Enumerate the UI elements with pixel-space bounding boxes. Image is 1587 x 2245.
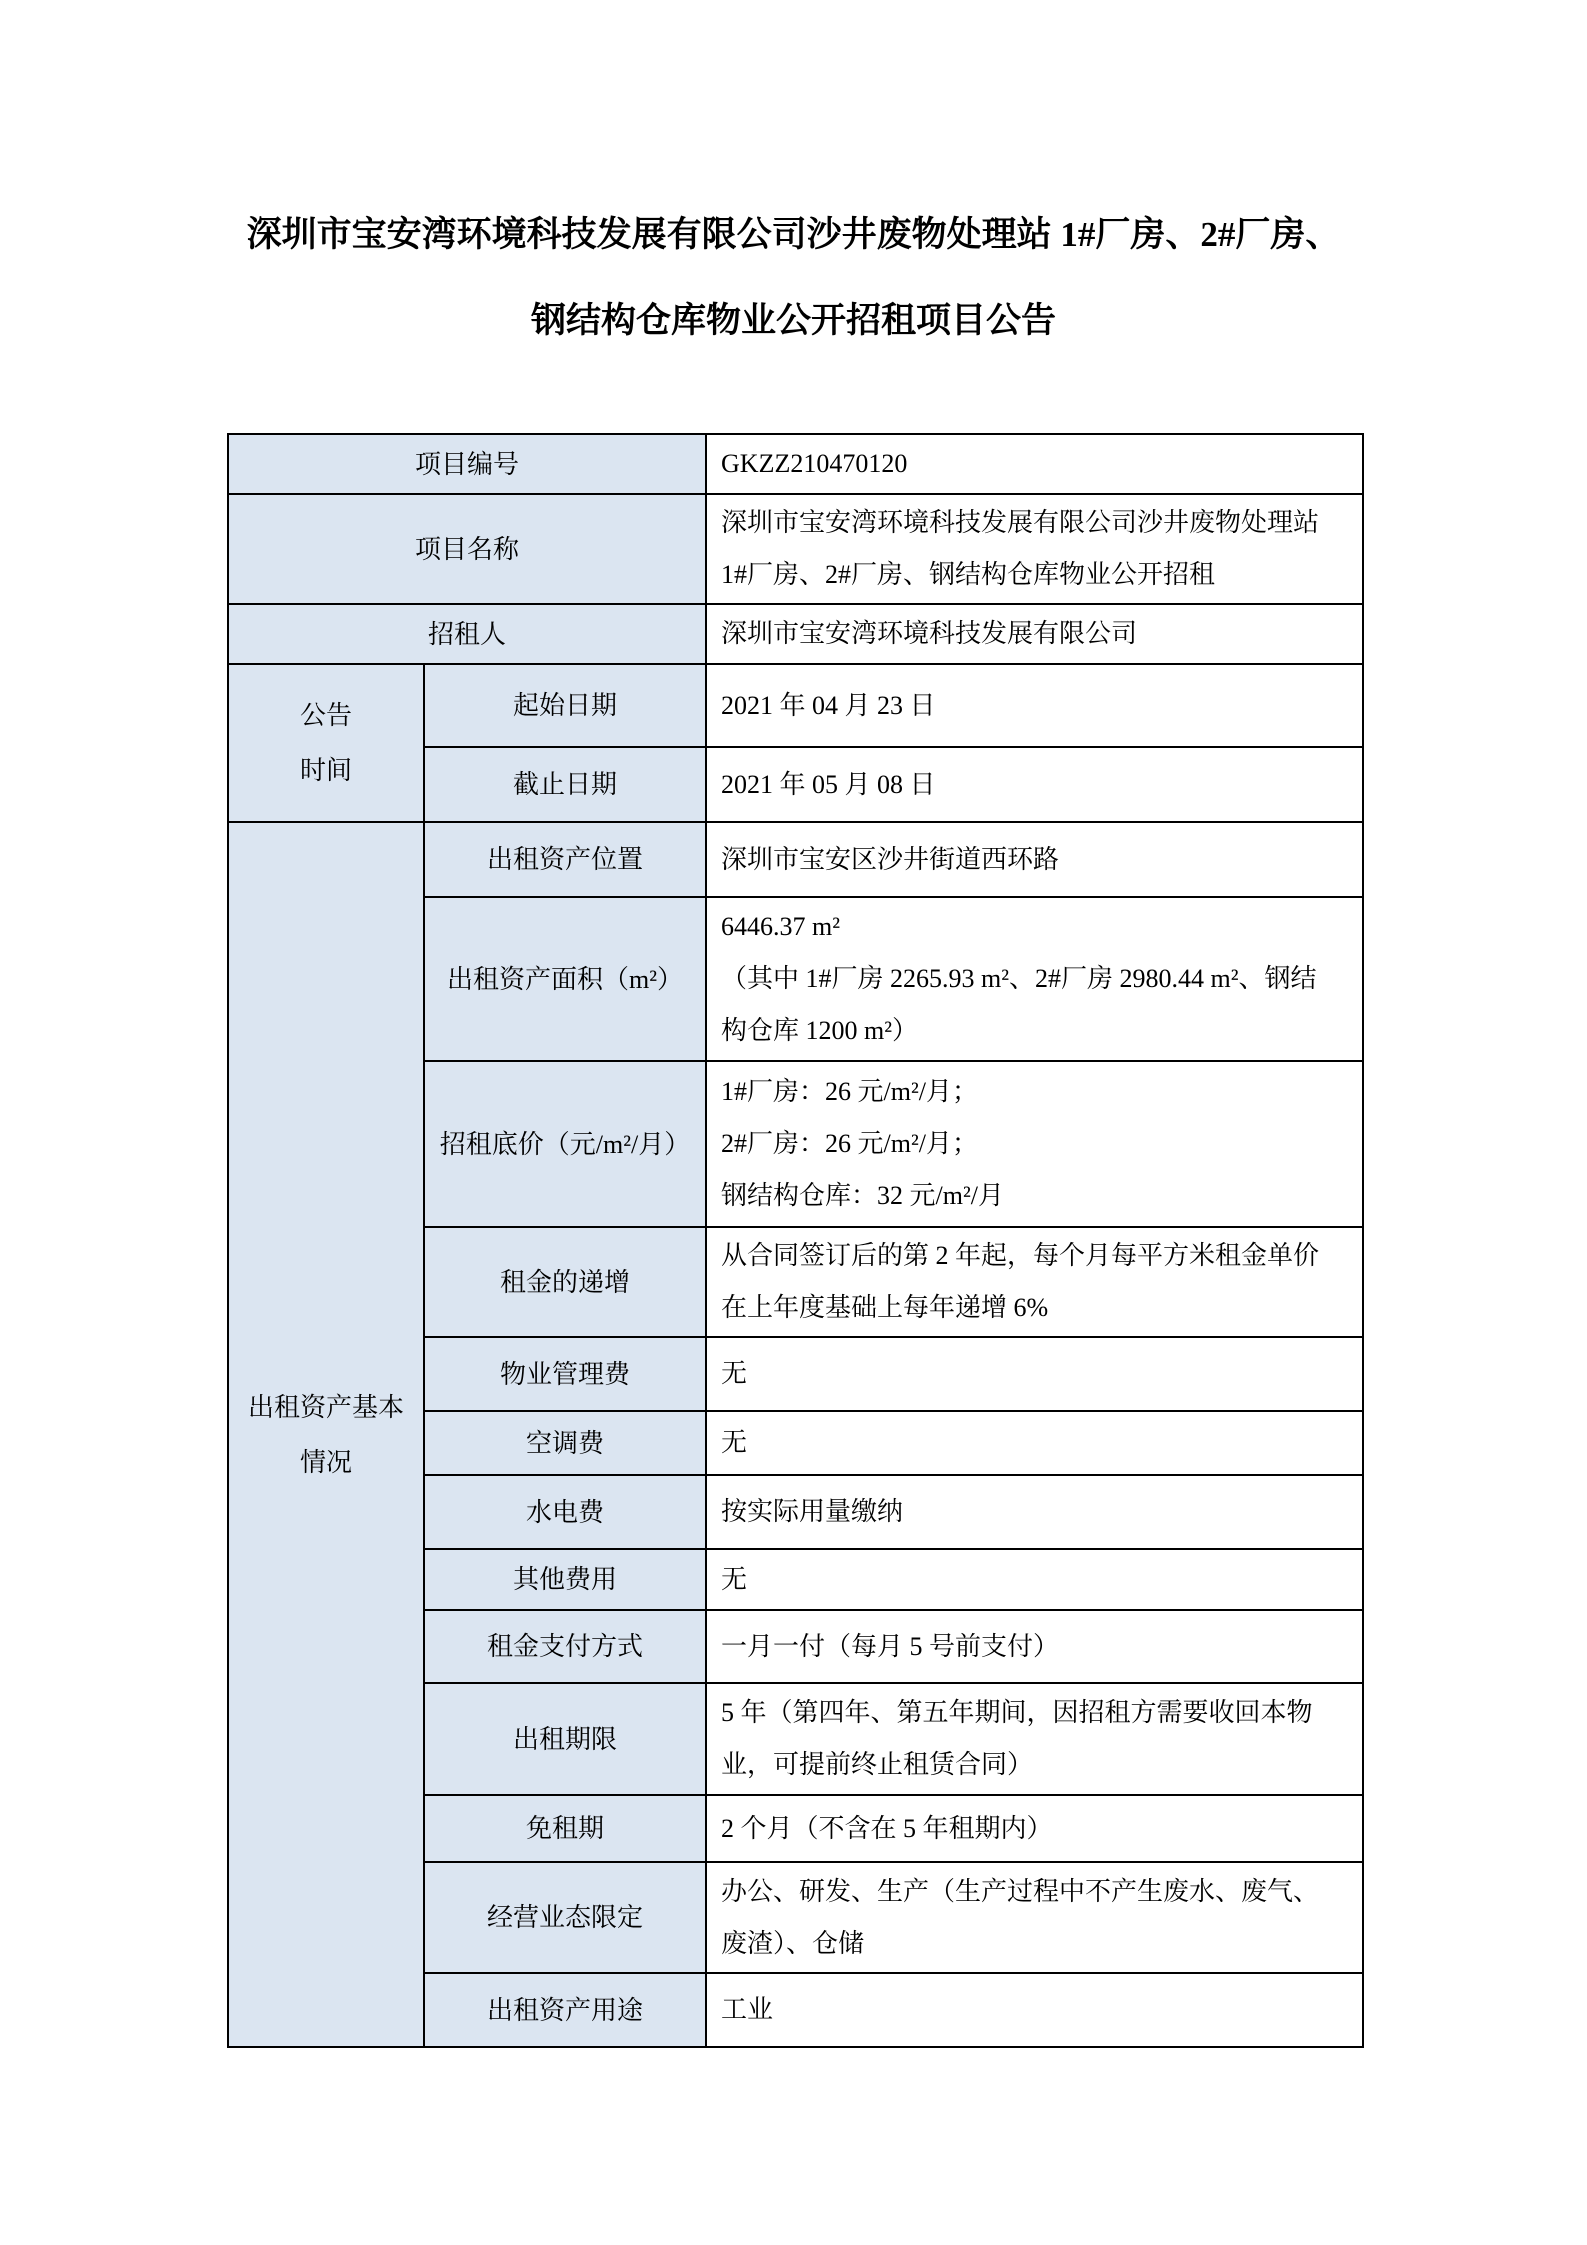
value-other-fees: 无 bbox=[706, 1549, 1363, 1610]
label-project-name: 项目名称 bbox=[228, 494, 706, 604]
document-title-line1: 深圳市宝安湾环境科技发展有限公司沙井废物处理站 1#厂房、2#厂房、 bbox=[0, 192, 1587, 278]
label-air-conditioning-fee: 空调费 bbox=[424, 1411, 706, 1475]
label-start-date: 起始日期 bbox=[424, 664, 706, 747]
document-title-line2: 钢结构仓库物业公开招租项目公告 bbox=[0, 278, 1587, 364]
label-utilities-fee: 水电费 bbox=[424, 1475, 706, 1549]
label-project-number: 项目编号 bbox=[228, 434, 706, 494]
label-asset-area: 出租资产面积（m²） bbox=[424, 897, 706, 1061]
value-payment-method: 一月一付（每月 5 号前支付） bbox=[706, 1610, 1363, 1683]
value-start-date: 2021 年 04 月 23 日 bbox=[706, 664, 1363, 747]
label-rent-escalation: 租金的递增 bbox=[424, 1227, 706, 1337]
table-row: 招租人 深圳市宝安湾环境科技发展有限公司 bbox=[228, 604, 1363, 664]
value-asset-location: 深圳市宝安区沙井街道西环路 bbox=[706, 822, 1363, 897]
label-lessor: 招租人 bbox=[228, 604, 706, 664]
value-rent-escalation: 从合同签订后的第 2 年起，每个月每平方米租金单价在上年度基础上每年递增 6% bbox=[706, 1227, 1363, 1337]
section-label-asset-basics: 出租资产基本 情况 bbox=[228, 822, 424, 2047]
label-base-rent: 招租底价（元/m²/月） bbox=[424, 1061, 706, 1227]
value-rent-free-period: 2 个月（不含在 5 年租期内） bbox=[706, 1795, 1363, 1862]
table-row: 公告 时间 起始日期 2021 年 04 月 23 日 bbox=[228, 664, 1363, 747]
value-property-management-fee: 无 bbox=[706, 1337, 1363, 1411]
label-business-type-restriction: 经营业态限定 bbox=[424, 1862, 706, 1973]
label-lease-term: 出租期限 bbox=[424, 1683, 706, 1795]
value-lease-term: 5 年（第四年、第五年期间，因招租方需要收回本物业，可提前终止租赁合同） bbox=[706, 1683, 1363, 1795]
table-row: 出租资产基本 情况 出租资产位置 深圳市宝安区沙井街道西环路 bbox=[228, 822, 1363, 897]
label-property-management-fee: 物业管理费 bbox=[424, 1337, 706, 1411]
value-lessor: 深圳市宝安湾环境科技发展有限公司 bbox=[706, 604, 1363, 664]
section-label-announcement-period: 公告 时间 bbox=[228, 664, 424, 822]
value-base-rent: 1#厂房：26 元/m²/月； 2#厂房：26 元/m²/月； 钢结构仓库：32… bbox=[706, 1061, 1363, 1227]
value-asset-area: 6446.37 m² （其中 1#厂房 2265.93 m²、2#厂房 2980… bbox=[706, 897, 1363, 1061]
label-asset-location: 出租资产位置 bbox=[424, 822, 706, 897]
label-asset-usage: 出租资产用途 bbox=[424, 1973, 706, 2047]
document-page: 深圳市宝安湾环境科技发展有限公司沙井废物处理站 1#厂房、2#厂房、 钢结构仓库… bbox=[0, 0, 1587, 2245]
table-row: 项目编号 GKZZ210470120 bbox=[228, 434, 1363, 494]
value-business-type-restriction: 办公、研发、生产（生产过程中不产生废水、废气、废渣）、仓储 bbox=[706, 1862, 1363, 1973]
label-other-fees: 其他费用 bbox=[424, 1549, 706, 1610]
table-row: 项目名称 深圳市宝安湾环境科技发展有限公司沙井废物处理站 1#厂房、2#厂房、钢… bbox=[228, 494, 1363, 604]
value-utilities-fee: 按实际用量缴纳 bbox=[706, 1475, 1363, 1549]
value-end-date: 2021 年 05 月 08 日 bbox=[706, 747, 1363, 822]
label-payment-method: 租金支付方式 bbox=[424, 1610, 706, 1683]
value-project-name: 深圳市宝安湾环境科技发展有限公司沙井废物处理站 1#厂房、2#厂房、钢结构仓库物… bbox=[706, 494, 1363, 604]
announcement-table: 项目编号 GKZZ210470120 项目名称 深圳市宝安湾环境科技发展有限公司… bbox=[227, 433, 1364, 2048]
label-end-date: 截止日期 bbox=[424, 747, 706, 822]
value-air-conditioning-fee: 无 bbox=[706, 1411, 1363, 1475]
value-asset-usage: 工业 bbox=[706, 1973, 1363, 2047]
label-rent-free-period: 免租期 bbox=[424, 1795, 706, 1862]
value-project-number: GKZZ210470120 bbox=[706, 434, 1363, 494]
document-title: 深圳市宝安湾环境科技发展有限公司沙井废物处理站 1#厂房、2#厂房、 钢结构仓库… bbox=[0, 192, 1587, 364]
